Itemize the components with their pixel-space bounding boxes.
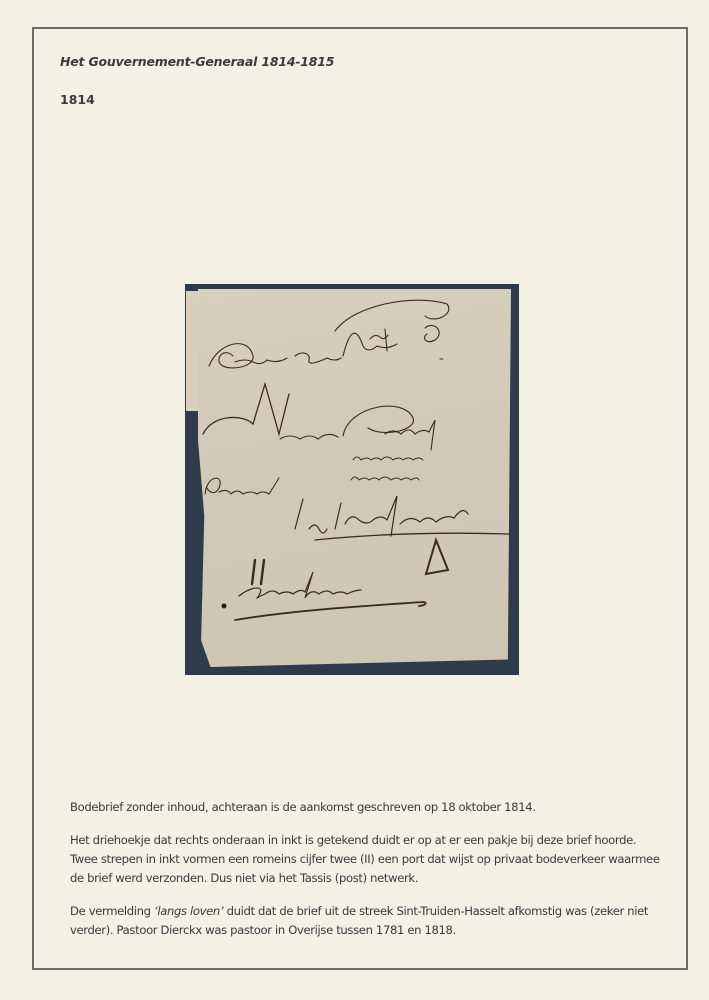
description-paragraph-3: De vermelding ‘langs loven’ duidt dat de… [70, 902, 660, 940]
letter-handwriting [185, 284, 519, 675]
description-paragraph-2: Het driehoekje dat rechts onderaan in in… [70, 831, 660, 888]
p3-text-before: De vermelding [70, 904, 154, 918]
p3-italic-quote: ‘langs loven’ [154, 904, 223, 918]
flourish-top [335, 300, 449, 331]
description-paragraph-1: Bodebrief zonder inhoud, achteraan is de… [70, 798, 660, 817]
page-year: 1814 [60, 92, 95, 107]
page-title: Het Gouvernement-Generaal 1814-1815 [60, 54, 334, 69]
ink-dot [222, 604, 227, 609]
description-block: Bodebrief zonder inhoud, achteraan is de… [70, 798, 660, 954]
